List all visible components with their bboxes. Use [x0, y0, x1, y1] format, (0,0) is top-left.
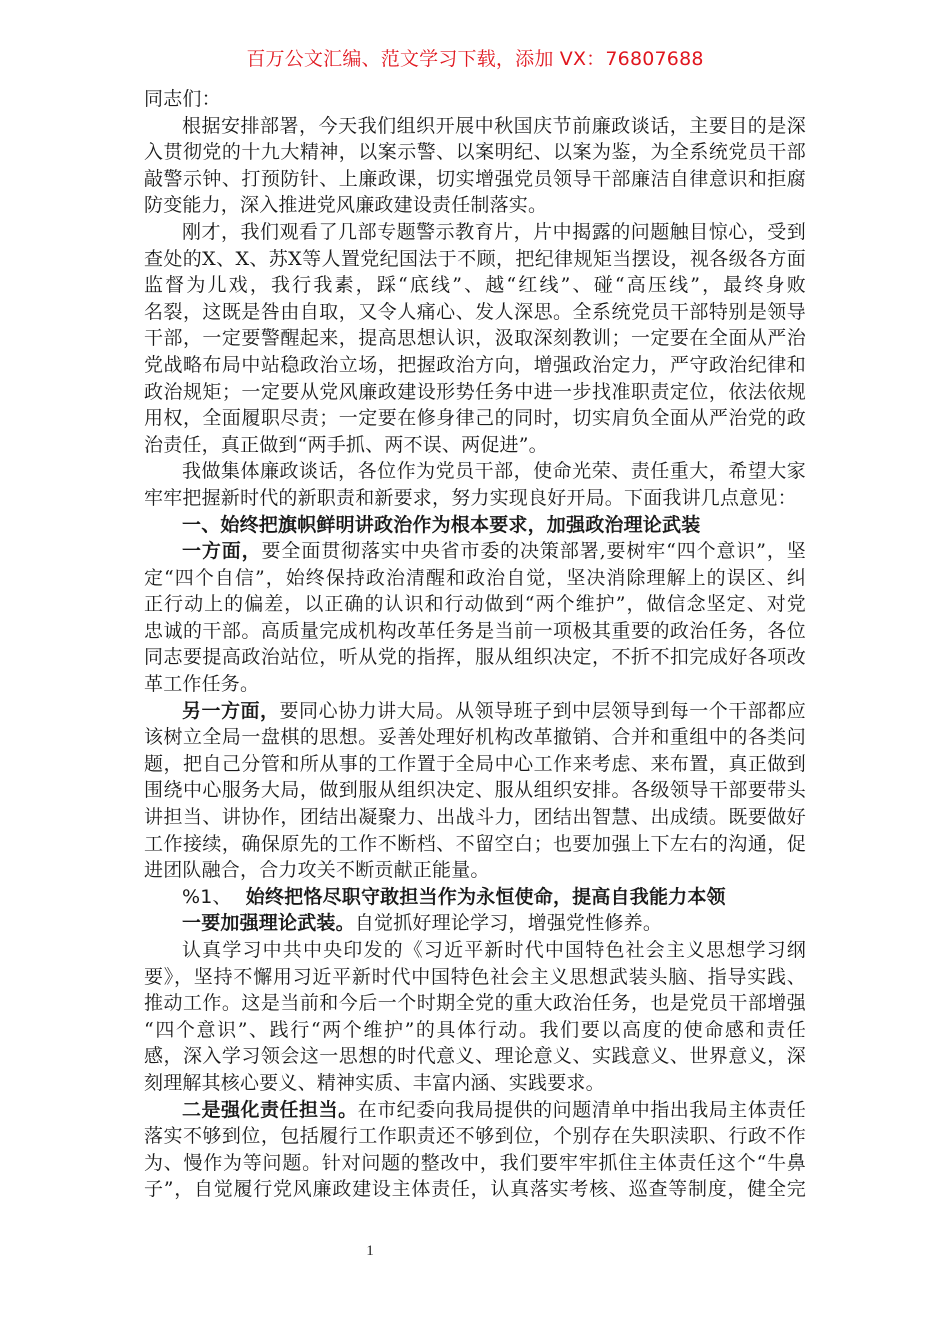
- paragraph-study-outline: 认真学习中共中央印发的《习近平新时代中国特色社会主义思想学习纲 要》，坚持不懈用…: [144, 937, 806, 1097]
- lead-phrase: 一要加强理论武装。: [182, 912, 355, 934]
- text-line: 子”，自觉履行党风廉政建设主体责任，认真落实考核、巡查等制度，健全完: [144, 1176, 806, 1203]
- text-line: 名裂，这既是咎由自取，又令人痛心、发人深思。全系统党员干部特别是领导: [144, 299, 806, 326]
- text-line: 根据安排部署，今天我们组织开展中秋国庆节前廉政谈话，主要目的是深: [144, 113, 806, 140]
- text-line: 工作接续，确保原先的工作不断档、不留空白；也要加强上下左右的沟通，促: [144, 831, 806, 858]
- text-line: 刚才，我们观看了几部专题警示教育片，片中揭露的问题触目惊心，受到: [144, 219, 806, 246]
- paragraph-responsibility: 二是强化责任担当。在市纪委向我局提供的问题清单中指出我局主体责任 落实不够到位，…: [144, 1097, 806, 1203]
- text-line: 革工作任务。: [144, 671, 806, 698]
- text-line: 忠诚的干部。高质量完成机构改革任务是当前一项极其重要的政治任务，各位: [144, 618, 806, 645]
- paragraph-intro: 根据安排部署，今天我们组织开展中秋国庆节前廉政谈话，主要目的是深 入贯彻党的十九…: [144, 113, 806, 219]
- text-line: 为、慢作为等问题。针对问题的整改中，我们要牢牢抓住主体责任这个“牛鼻: [144, 1150, 806, 1177]
- text-span: 要全面贯彻落实中央省市委的决策部署,要树牢“四个意识”，坚: [262, 540, 806, 562]
- paragraph-one-aspect: 一方面，要全面贯彻落实中央省市委的决策部署,要树牢“四个意识”，坚 定“四个自信…: [144, 538, 806, 698]
- paragraph-other-aspect: 另一方面，要同心协力讲大局。从领导班子到中层领导到每一个干部都应 该树立全局一盘…: [144, 698, 806, 884]
- paragraph-warning-education: 刚才，我们观看了几部专题警示教育片，片中揭露的问题触目惊心，受到 查处的X、X、…: [144, 219, 806, 458]
- text-line: 治责任，真正做到“两手抓、两不误、两促进”。: [144, 432, 806, 459]
- text-line: 敲警示钟、打预防针、上廉政课，切实增强党员领导干部廉洁自律意识和拒腐: [144, 166, 806, 193]
- text-line: 题，把自己分管和所从事的工作置于全局中心工作来考虑、来布置，真正做到: [144, 751, 806, 778]
- page-number: 1: [0, 1243, 740, 1260]
- lead-phrase: 另一方面，: [182, 700, 280, 722]
- text-line: 用权，全面履职尽责；一定要在修身律己的同时，切实肩负全面从严治党的政: [144, 405, 806, 432]
- heading-text: 始终把恪尽职守敢担当作为永恒使命，提高自我能力本领: [246, 886, 726, 908]
- text-span: 要同心协力讲大局。从领导班子到中层领导到每一个干部都应: [280, 700, 806, 722]
- text-line: 二是强化责任担当。在市纪委向我局提供的问题清单中指出我局主体责任: [144, 1097, 806, 1124]
- text-line: 讲担当、讲协作，团结出凝聚力、出战斗力，团结出智慧、出成绩。既要做好: [144, 804, 806, 831]
- paragraph-collective-talk: 我做集体廉政谈话，各位作为党员干部，使命光荣、责任重大，希望大家 牢牢把握新时代…: [144, 458, 806, 511]
- text-line: 牢牢把握新时代的新职责和新要求，努力实现良好开局。下面我讲几点意见：: [144, 485, 806, 512]
- text-line: 我做集体廉政谈话，各位作为党员干部，使命光荣、责任重大，希望大家: [144, 458, 806, 485]
- text-span: 自觉抓好理论学习，增强党性修养。: [355, 912, 662, 934]
- text-line: 入贯彻党的十九大精神，以案示警、以案明纪、以案为鉴，为全系统党员干部: [144, 139, 806, 166]
- lead-phrase: 二是强化责任担当。: [182, 1099, 358, 1121]
- text-line: 围绕中心服务大局，做到服从组织决定、服从组织安排。各级领导干部要带头: [144, 777, 806, 804]
- text-line: 推动工作。这是当前和今后一个时期全党的重大政治任务，也是党员干部增强: [144, 990, 806, 1017]
- text-line: 另一方面，要同心协力讲大局。从领导班子到中层领导到每一个干部都应: [144, 698, 806, 725]
- section-heading-2: %1、始终把恪尽职守敢担当作为永恒使命，提高自我能力本领: [144, 884, 806, 911]
- text-line: 同志要提高政治站位，听从党的指挥，服从组织决定，不折不扣完成好各项改: [144, 644, 806, 671]
- text-line: 监督为儿戏，我行我素，踩“底线”、越“红线”、碰“高压线”，最终身败: [144, 272, 806, 299]
- text-line: 定“四个自信”，始终保持政治清醒和政治自觉，坚决消除理解上的误区、纠: [144, 565, 806, 592]
- text-line: 要》，坚持不懈用习近平新时代中国特色社会主义思想武装头脑、指导实践、: [144, 964, 806, 991]
- text-line: 落实不够到位，包括履行工作职责还不够到位，个别存在失职渎职、行政不作: [144, 1123, 806, 1150]
- document-body: 同志们： 根据安排部署，今天我们组织开展中秋国庆节前廉政谈话，主要目的是深 入贯…: [144, 86, 806, 1203]
- heading-number: %1、: [182, 886, 232, 908]
- text-line: 防变能力，深入推进党风廉政建设责任制落实。: [144, 192, 806, 219]
- lead-phrase: 一方面，: [182, 540, 262, 562]
- text-line: “四个意识”、践行“两个维护”的具体行动。我们要以高度的使命感和责任: [144, 1017, 806, 1044]
- section-heading-1: 一、始终把旗帜鲜明讲政治作为根本要求，加强政治理论武装: [144, 512, 806, 539]
- text-line: 刻理解其核心要义、精神实质、丰富内涵、实践要求。: [144, 1070, 806, 1097]
- text-line: 该树立全局一盘棋的思想。妥善处理好机构改革撤销、合并和重组中的各类问: [144, 724, 806, 751]
- text-line: 政治规矩；一定要从党风廉政建设形势任务中进一步找准职责定位，依法依规: [144, 379, 806, 406]
- text-span: 在市纪委向我局提供的问题清单中指出我局主体责任: [358, 1099, 806, 1121]
- paragraph-theory-armament: 一要加强理论武装。自觉抓好理论学习，增强党性修养。: [144, 910, 806, 937]
- text-line: 认真学习中共中央印发的《习近平新时代中国特色社会主义思想学习纲: [144, 937, 806, 964]
- text-line: 感，深入学习领会这一思想的时代意义、理论意义、实践意义、世界意义，深: [144, 1043, 806, 1070]
- watermark-banner: 百万公文汇编、范文学习下载，添加 VX：76807688: [0, 44, 950, 71]
- salutation: 同志们：: [144, 86, 806, 113]
- text-line: 一方面，要全面贯彻落实中央省市委的决策部署,要树牢“四个意识”，坚: [144, 538, 806, 565]
- text-line: 查处的X、X、苏X等人置党纪国法于不顾，把纪律规矩当摆设，视各级各方面: [144, 246, 806, 273]
- text-line: 党战略布局中站稳政治立场，把握政治方向，增强政治定力，严守政治纪律和: [144, 352, 806, 379]
- text-line: 正行动上的偏差，以正确的认识和行动做到“两个维护”，做信念坚定、对党: [144, 591, 806, 618]
- text-line: 干部，一定要警醒起来，提高思想认识，汲取深刻教训；一定要在全面从严治: [144, 325, 806, 352]
- text-line: 进团队融合，合力攻关不断贡献正能量。: [144, 857, 806, 884]
